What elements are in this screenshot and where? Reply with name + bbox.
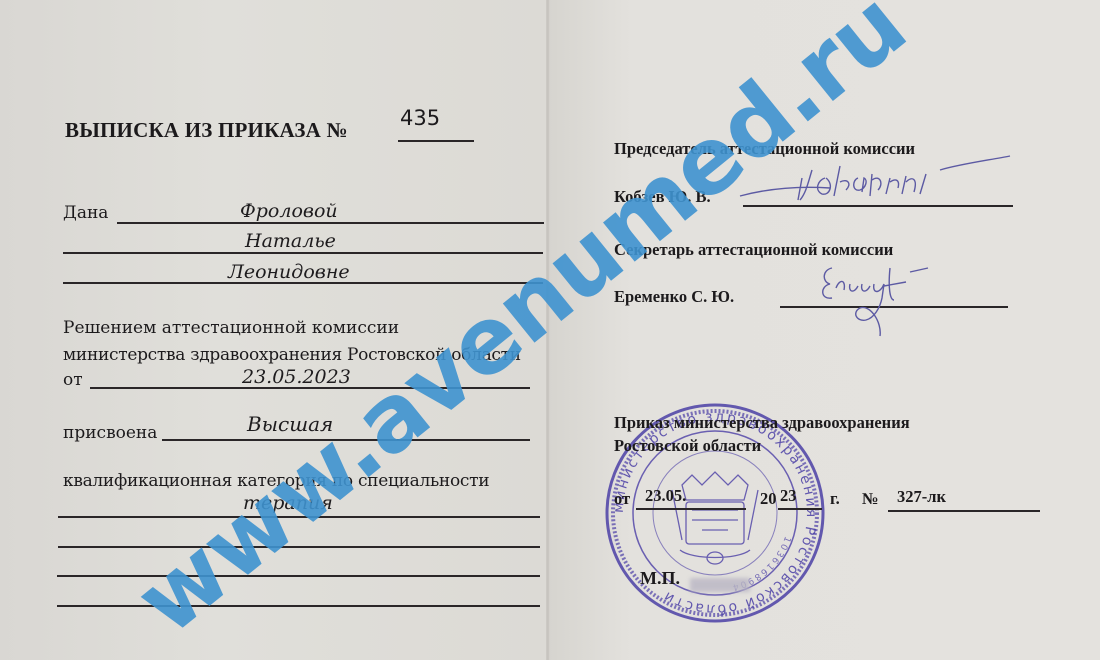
chairman-name: Кобзев Ю. В. [614, 187, 711, 207]
ministry-order-number: 327-лк [897, 487, 946, 507]
ministry-order-line-2: Ростовской области [614, 436, 761, 456]
secretary-title: Секретарь аттестационной комиссии [614, 240, 893, 260]
ministry-number-label: № [862, 489, 879, 509]
surname-value: Фроловой [240, 200, 338, 222]
ministry-year-prefix: 20 [760, 489, 777, 509]
ministry-year-suffix: 23 [780, 486, 797, 506]
order-number: 435 [400, 106, 440, 130]
decision-line-2: министерства здравоохранения Ростовской … [63, 345, 521, 365]
specialty-line-4 [57, 605, 540, 607]
category-label: квалификационная категория по специально… [63, 471, 489, 491]
specialty-line-3 [57, 575, 540, 577]
page-fold [546, 0, 550, 660]
category-line [162, 439, 530, 441]
given-label: Дана [63, 203, 108, 223]
ministry-year-line [778, 508, 822, 510]
secretary-name: Еременко С. Ю. [614, 287, 734, 307]
assigned-label: присвоена [63, 423, 157, 443]
ministry-date-line [636, 508, 746, 510]
ministry-order-line-1: Приказ министерства здравоохранения [614, 413, 910, 433]
decision-line-1: Решением аттестационной комиссии [63, 318, 399, 338]
patronymic-value: Леонидовне [228, 261, 350, 283]
order-number-line [398, 140, 474, 142]
ministry-year-unit: г. [830, 489, 840, 509]
ministry-from-label: от [614, 489, 630, 509]
decision-date-value: 23.05.2023 [242, 366, 351, 388]
from-label: от [63, 370, 83, 390]
chairman-signature-icon [730, 148, 1020, 208]
secretary-signature-icon [810, 258, 940, 343]
first-name-line [63, 252, 543, 254]
document-title: ВЫПИСКА ИЗ ПРИКАЗА № [65, 118, 348, 143]
surname-line [117, 222, 544, 224]
first-name-value: Наталье [245, 230, 336, 252]
specialty-value: терапия [243, 492, 333, 514]
ministry-stamp-icon: министерство здравоохранения Ростовской … [602, 400, 828, 626]
ministry-order-date: 23.05. [645, 486, 686, 506]
specialty-line-1 [58, 516, 540, 518]
category-value: Высшая [247, 412, 333, 436]
specialty-line-2 [58, 546, 540, 548]
ministry-number-line [888, 510, 1040, 512]
seal-label: М.П. [640, 568, 680, 589]
blurred-area [690, 578, 750, 592]
